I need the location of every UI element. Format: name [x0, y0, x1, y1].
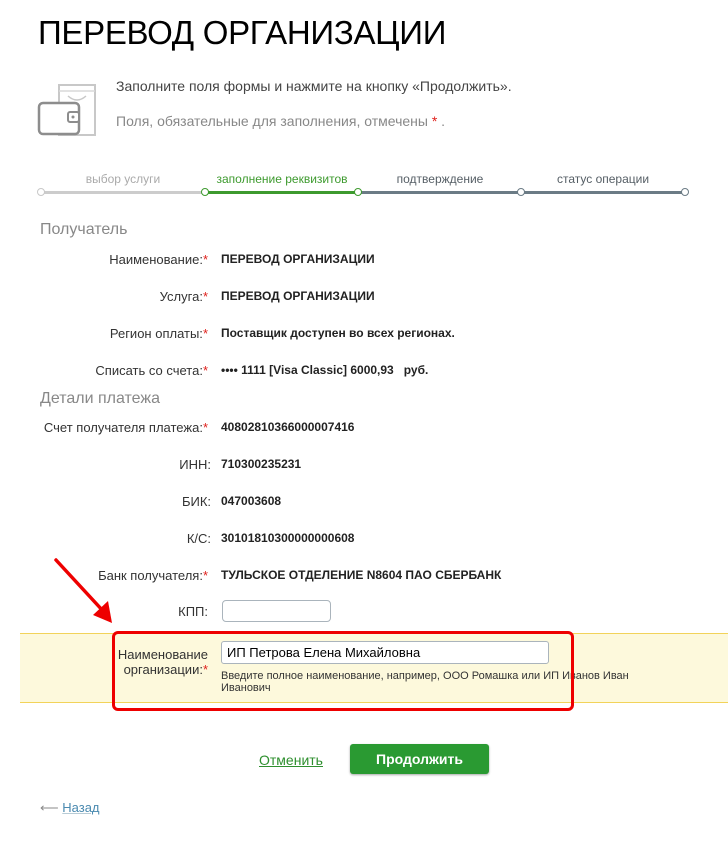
step-operation-status: статус операции — [557, 172, 649, 186]
step-line-active — [205, 191, 358, 194]
field-label: Наименование: — [109, 252, 203, 267]
field-value: •••• 1111 [Visa Classic] 6000,93 руб. — [221, 363, 428, 377]
field-row-name: Наименование:* ПЕРЕВОД ОРГАНИЗАЦИИ — [0, 252, 728, 272]
field-value: Поставщик доступен во всех регионах. — [221, 326, 455, 340]
step-dot-2 — [201, 188, 209, 196]
step-confirmation: подтверждение — [397, 172, 484, 186]
required-asterisk: * — [203, 363, 208, 378]
page-title: ПЕРЕВОД ОРГАНИЗАЦИИ — [38, 14, 446, 52]
field-value: ПЕРЕВОД ОРГАНИЗАЦИИ — [221, 252, 375, 266]
section-recipient: Получатель — [40, 221, 127, 239]
form-hint: Заполните поля формы и нажмите на кнопку… — [116, 78, 512, 94]
required-asterisk: * — [203, 252, 208, 267]
annotation-arrow-icon — [50, 555, 120, 627]
field-label: Счет получателя платежа: — [44, 420, 203, 435]
section-payment-details: Детали платежа — [40, 390, 160, 408]
step-line-done — [40, 191, 205, 194]
field-row-inn: ИНН: 710300235231 — [0, 457, 728, 477]
required-asterisk: * — [203, 289, 208, 304]
field-row-service: Услуга:* ПЕРЕВОД ОРГАНИЗАЦИИ — [0, 289, 728, 309]
annotation-highlight-box — [112, 631, 574, 711]
field-label: К/С: — [187, 531, 211, 546]
field-label: Услуга: — [160, 289, 203, 304]
kpp-input[interactable] — [222, 600, 331, 622]
continue-button[interactable]: Продолжить — [350, 744, 489, 774]
step-fill-details: заполнение реквизитов — [216, 172, 347, 186]
field-row-ks: К/С: 30101810300000000608 — [0, 531, 728, 551]
step-dot-3 — [354, 188, 362, 196]
required-hint: Поля, обязательные для заполнения, отмеч… — [116, 113, 445, 129]
progress-stepper: выбор услуги заполнение реквизитов подтв… — [40, 172, 686, 202]
required-asterisk: * — [203, 326, 208, 341]
field-value: 047003608 — [221, 494, 281, 508]
required-asterisk: * — [203, 568, 208, 583]
field-value: 710300235231 — [221, 457, 301, 471]
back-link[interactable]: Назад — [62, 800, 99, 815]
back-nav: ⟵ Назад — [40, 800, 100, 816]
field-row-bik: БИК: 047003608 — [0, 494, 728, 514]
field-label: КПП: — [178, 604, 208, 619]
step-dot-1 — [37, 188, 45, 196]
step-dot-4 — [517, 188, 525, 196]
step-dot-5 — [681, 188, 689, 196]
step-select-service: выбор услуги — [86, 172, 161, 186]
required-asterisk: * — [432, 113, 437, 129]
field-label: БИК: — [182, 494, 211, 509]
field-row-region: Регион оплаты:* Поставщик доступен во вс… — [0, 326, 728, 346]
field-value: 40802810366000007416 — [221, 420, 354, 434]
field-row-debit-account: Списать со счета:* •••• 1111 [Visa Class… — [0, 363, 728, 383]
field-value: ТУЛЬСКОЕ ОТДЕЛЕНИЕ N8604 ПАО СБЕРБАНК — [221, 568, 501, 582]
field-value: 30101810300000000608 — [221, 531, 354, 545]
left-arrow-icon: ⟵ — [40, 800, 59, 815]
field-label: Регион оплаты: — [110, 326, 203, 341]
required-hint-suffix: . — [441, 113, 445, 129]
cancel-link[interactable]: Отменить — [259, 752, 323, 768]
wallet-with-receipt-icon — [36, 82, 100, 136]
field-label: Списать со счета: — [95, 363, 203, 378]
field-value: ПЕРЕВОД ОРГАНИЗАЦИИ — [221, 289, 375, 303]
required-asterisk: * — [203, 420, 208, 435]
required-hint-text: Поля, обязательные для заполнения, отмеч… — [116, 113, 428, 129]
field-row-recipient-account: Счет получателя платежа:* 40802810366000… — [0, 420, 728, 440]
field-label: ИНН: — [179, 457, 211, 472]
